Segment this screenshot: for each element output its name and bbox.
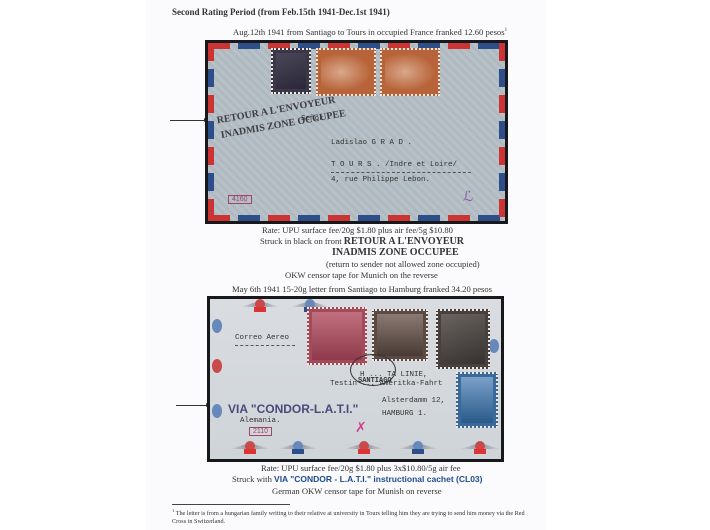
cover1-envelope: RETOUR A L'ENVOYEUR INADMIS ZONE OCCUPEE… (208, 43, 505, 221)
cover2-struck: Struck with VIA "CONDOR - L.A.T.I." inst… (232, 474, 483, 484)
address-line2: Testin ... Ameritka-Fahrt (330, 380, 443, 388)
cover2-censor-note: German OKW censor tape for Munish on rev… (272, 486, 442, 496)
cover1-censor-note: OKW censor tape for Munich on the revers… (285, 270, 438, 280)
wing-emblem-icon (344, 441, 384, 453)
struck-prefix: Struck in black on front (260, 236, 342, 246)
cachet-sub-text: Alemania. (240, 417, 281, 425)
airmail-border-left (208, 43, 214, 221)
stamp-2 (316, 48, 376, 96)
stamp-3 (380, 48, 440, 96)
wing-emblem-icon (212, 319, 222, 333)
condor-lati-cachet: VIA "CONDOR-L.A.T.I." (228, 402, 358, 416)
stamp-1 (271, 48, 311, 94)
stamp-airplane-icon (321, 53, 371, 91)
cover1-title-text: Aug.12th 1941 from Santiago to Tours in … (233, 27, 505, 37)
wing-emblem-icon (230, 441, 270, 453)
struck-cachet-line1: RETOUR A L'ENVOYEUR (344, 236, 464, 247)
struck-prefix: Struck with (232, 474, 272, 484)
address-name: Ladislao G R A D . (331, 139, 412, 147)
stamp-landscape-icon (377, 314, 423, 356)
address-underline (331, 172, 471, 173)
address-salutation: Señor (301, 115, 324, 123)
cover2-title: May 6th 1941 15-20g letter from Santiago… (232, 284, 492, 294)
wing-emblem-icon (212, 359, 222, 373)
stamp-airplane-sea-icon (461, 377, 493, 423)
page-heading: Second Rating Period (from Feb.15th 1941… (172, 7, 390, 17)
address-street: 4, rue Philippe Lebon. (331, 176, 430, 184)
correo-aereo-text: Correo Aereo (235, 334, 289, 342)
wing-emblem-icon (212, 404, 222, 418)
cover1-title: Aug.12th 1941 from Santiago to Tours in … (233, 27, 507, 37)
cover1-translation: (return to sender not allowed zone occup… (326, 259, 480, 269)
cover2-envelope: SANTIAGO Correo Aereo H ... TA LINIE, Te… (210, 299, 501, 459)
cover1-censor-mark: 4160 (228, 195, 252, 204)
address-city: HAMBURG 1. (382, 410, 427, 418)
stamp-1 (307, 307, 367, 365)
cover2-censor-mark: 2110 (249, 427, 272, 436)
pink-cross-mark-icon: ✗ (355, 419, 367, 436)
stamp-airplane-icon (276, 53, 306, 89)
stamp-2 (372, 309, 428, 361)
footnote-mark: 1 (172, 508, 174, 513)
address-street: Alsterdamm 12, (382, 397, 445, 405)
cover1-struck-line2: INADMIS ZONE OCCUPEE (332, 247, 459, 258)
arrow-to-cachet-1 (170, 120, 206, 121)
stamp-4 (456, 372, 498, 428)
footnote: 1 The letter is from a hungarian family … (172, 507, 532, 526)
cover1-frame[interactable]: RETOUR A L'ENVOYEUR INADMIS ZONE OCCUPEE… (205, 40, 508, 224)
stamp-airplane-icon (441, 314, 485, 364)
cover2-frame[interactable]: SANTIAGO Correo Aereo H ... TA LINIE, Te… (207, 296, 504, 462)
arrow-to-cachet-2 (176, 405, 208, 406)
stamp-3 (436, 309, 490, 369)
address-city: T O U R S . /Indre et Loire/ (331, 161, 457, 169)
cover2-rate: Rate: UPU surface fee/20g $1.80 plus 3x$… (261, 463, 461, 473)
wing-emblem-icon (489, 339, 499, 353)
stamp-airplane-icon (385, 53, 435, 91)
violet-censor-scribble-icon: ℒ (463, 188, 473, 205)
wing-emblem-icon (460, 441, 500, 453)
wing-emblem-icon (278, 441, 318, 453)
wing-emblem-icon (398, 441, 438, 453)
footnote-text: The letter is from a hungarian family wr… (172, 510, 525, 525)
cover1-struck: Struck in black on front RETOUR A L'ENVO… (260, 236, 464, 247)
footnote-mark: 1 (505, 28, 508, 33)
airmail-border-bottom (208, 215, 505, 221)
airmail-border-right (499, 43, 505, 221)
wing-emblem-icon (240, 299, 280, 311)
struck-cachet: VIA "CONDOR - L.A.T.I." instructional ca… (274, 474, 482, 484)
stamp-monument-icon (312, 312, 362, 360)
correo-underline (235, 345, 295, 346)
cover1-rate: Rate: UPU surface fee/20g $1.80 plus air… (262, 225, 453, 235)
address-line1: H ... TA LINIE, (360, 371, 428, 379)
footnote-divider (172, 504, 290, 505)
